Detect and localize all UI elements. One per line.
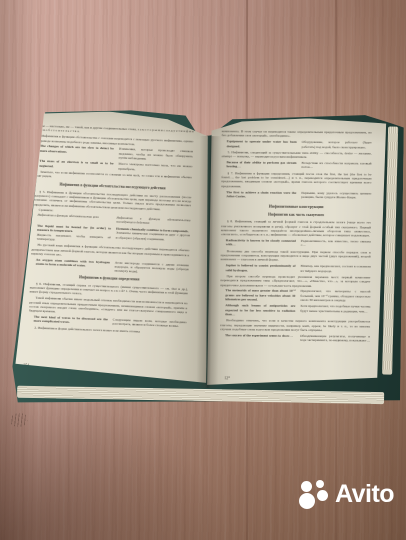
example-ru: Элементы химически соединяются друг с др… xyxy=(116,231,190,242)
example-en: The first to achieve a chain reaction we… xyxy=(226,190,296,199)
example-ru: Юпитер, как предполагают, состоит в осно… xyxy=(301,264,371,273)
example-column: Elements chemically combine to form comp… xyxy=(116,227,191,247)
paragraph: § 8. Инфинитив, стоящий за личной формой… xyxy=(221,220,371,239)
example-ru: Обнадёживающие результаты, полученные в … xyxy=(300,334,370,343)
example-ru: Вследствие их способности нагревать газо… xyxy=(301,161,371,170)
example-en: The success of the experiment seems to s… xyxy=(225,333,295,342)
example-en: Because of their ability to perform gas … xyxy=(226,160,296,169)
caption: Инфинитив в функции обстоятельства цели xyxy=(37,214,111,224)
example-pair: Equipment to operate under water has bee… xyxy=(222,139,372,149)
example-pair: The meteorids of mass greater than about… xyxy=(220,289,370,303)
example-pair: Radioactivity is known to be closely con… xyxy=(221,238,371,248)
example-en: Jupiter is believed to consist predomina… xyxy=(226,264,296,273)
avito-logo-icon xyxy=(299,479,330,509)
open-book: чтобы — настолько, же — такой, как и дру… xyxy=(10,107,404,410)
signature-mark: 12* xyxy=(224,376,230,380)
example-pair: The first to achieve a chain reaction we… xyxy=(221,190,371,200)
avito-watermark: Avito xyxy=(299,479,394,509)
right-page-text: компонента. В этом случае он переводится… xyxy=(220,129,372,345)
paragraph: При втором способе перевода происходит у… xyxy=(220,274,370,288)
book-gutter xyxy=(196,136,222,388)
chapter-heading: Инфинитивные конструкции xyxy=(221,203,371,209)
photo-scene: чтобы — настолько, же — такой, как и дру… xyxy=(0,0,406,540)
example-pair: Because of their ability to perform gas … xyxy=(221,160,371,170)
example-ru: Жидкость нагревают, чтобы измерить её те… xyxy=(37,232,111,243)
example-pair: Although such beams of antiparticles are… xyxy=(220,304,370,318)
paragraph: Необходимо отметить, что если в качестве… xyxy=(220,319,370,333)
example-pair: Jupiter is believed to consist predomina… xyxy=(221,264,371,274)
example-ru: Первыми, кому удалось осуществить цепную… xyxy=(301,190,371,199)
example-ru: Масса электрона настолько мала, что ею м… xyxy=(118,162,192,173)
example-column: The liquid must be heated for (in order)… xyxy=(37,224,112,244)
example-ru: Оборудование, которое работает (будет ра… xyxy=(302,140,372,149)
example-ru: Радиоактивность, как известно, тесно свя… xyxy=(301,239,371,248)
paragraph: компонента. В этом случае он переводится… xyxy=(222,129,372,139)
example-en: An oxygen atom combines with two hydroge… xyxy=(35,258,109,274)
example-ru: Атом кислорода соединяется с двумя атома… xyxy=(114,260,188,276)
caption: Инфинитив в функции обстоятельства после… xyxy=(116,217,190,227)
left-page: чтобы — настолько, же — такой, как и дру… xyxy=(13,110,210,387)
left-page-text: чтобы — настолько, же — такой, как и дру… xyxy=(28,124,194,337)
logo-circle xyxy=(299,493,315,509)
avito-wordmark: Avito xyxy=(335,480,394,509)
example-en: The meteorids of mass greater than about… xyxy=(225,289,295,303)
example-en: Equipment to operate under water has bee… xyxy=(227,139,297,148)
example-ru: Изменения, которые происходят слишком ме… xyxy=(119,147,193,163)
paragraph: Возможны два способа перевода такой конс… xyxy=(221,249,371,263)
logo-circle xyxy=(301,481,312,492)
example-en: The changes of which are too slow to det… xyxy=(40,144,114,160)
example-ru: Хотя предполагают, что подобные пучки ча… xyxy=(300,304,370,318)
example-en: Although such beams of antiparticles are… xyxy=(225,304,295,318)
example-en: Radioactivity is known to be closely con… xyxy=(226,238,296,247)
paragraph: § 7. Инфинитив в функции определения, ст… xyxy=(221,171,371,190)
section-heading: Инфинитив как часть сказуемого xyxy=(221,212,371,218)
right-page: компонента. В этом случае он переводится… xyxy=(206,117,388,391)
logo-circle xyxy=(317,490,328,501)
example-en: The mass of an electron is so small as t… xyxy=(39,159,113,170)
example-ru: Предполагают, что метеориты с массой бол… xyxy=(300,289,370,303)
example-pair: The success of the experiment seems to s… xyxy=(220,333,370,343)
example-en: The next kind of waves to be discussed a… xyxy=(34,315,108,326)
logo-circle xyxy=(316,480,324,488)
paragraph: 5. Инфинитив, следующий за существительн… xyxy=(222,150,372,160)
example-ru: Следующим видом волн, которые необходимо… xyxy=(112,318,186,329)
